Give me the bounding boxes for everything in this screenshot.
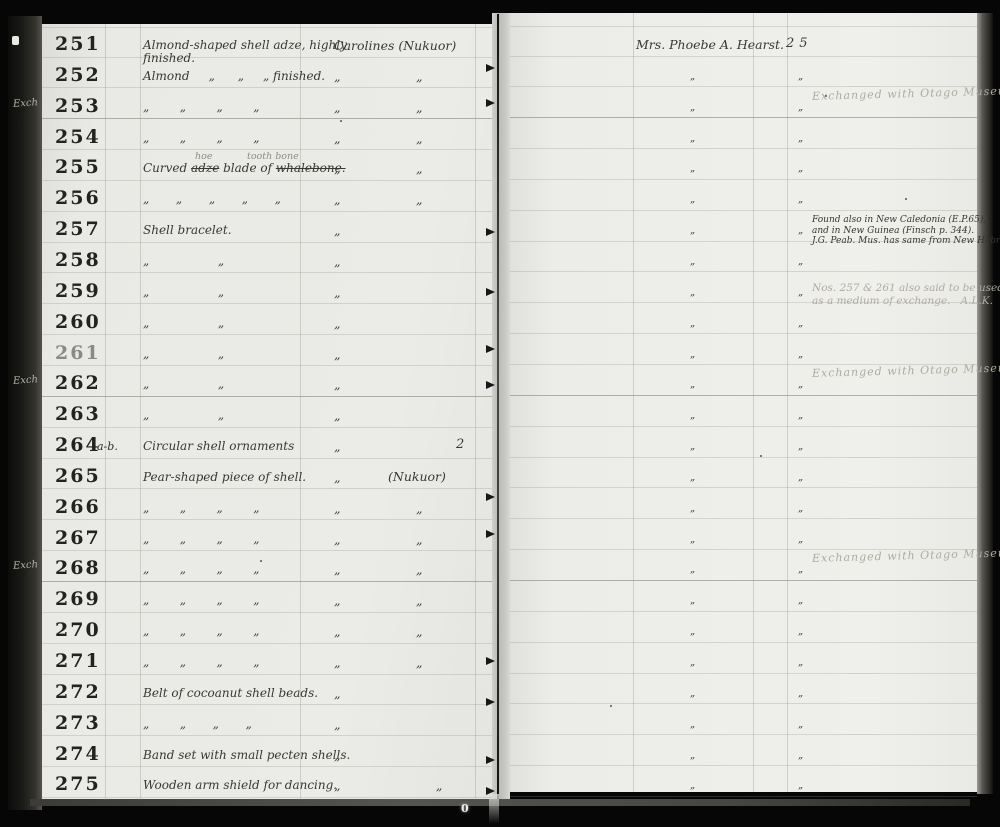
object-description: „ „: [143, 347, 224, 361]
stitch-arrow-mark: [486, 64, 495, 72]
ruled-line: [42, 674, 492, 675]
annotation-line: and in New Guinea (Finsch p. 344).: [812, 226, 1000, 237]
ruled-line: [510, 487, 977, 488]
donor-ditto: „: [690, 503, 695, 514]
ruled-line: [42, 87, 492, 88]
ledger-row: 255Curved adze blade of whalebone.hoetoo…: [0, 156, 1000, 178]
price-ditto: „: [798, 719, 803, 730]
donor-ditto: „: [690, 194, 695, 205]
object-description: „ „ „ „: [143, 593, 259, 607]
spine-glow: [489, 794, 499, 824]
price-ditto: „: [798, 102, 803, 113]
locality: „: [334, 686, 340, 701]
object-description: „ „ „ „: [143, 562, 259, 576]
annotation-line: J.G. Peab. Mus. has same from New Hebrid…: [812, 236, 1000, 247]
locality: „ „: [334, 562, 422, 577]
ledger-row: 263„ „„„„: [0, 403, 1000, 425]
object-number: 273: [55, 712, 101, 734]
donor-ditto: „: [690, 441, 695, 452]
locality: „: [334, 254, 340, 269]
price-ditto: „: [798, 349, 803, 360]
ruled-line: [510, 734, 977, 735]
ruled-line: [42, 458, 492, 459]
price-ditto: „: [798, 688, 803, 699]
price-ditto: „: [798, 750, 803, 761]
price-ditto: „: [798, 71, 803, 82]
ruled-line: [510, 580, 977, 581]
ruled-line: [42, 488, 492, 489]
locality-detail: (Nukuor): [388, 469, 446, 484]
locality: „ „: [334, 624, 422, 639]
locality: „ „: [334, 501, 422, 516]
ruled-line: [510, 271, 977, 272]
price-ditto: „: [798, 503, 803, 514]
object-description: „ „ „ „: [143, 717, 252, 731]
ledger-row: 260„ „„„„: [0, 311, 1000, 333]
donor-ditto: „: [690, 287, 695, 298]
ledger-row: 261„ „„„„: [0, 342, 1000, 364]
ledger-row: 256„ „ „ „ „„ „„„: [0, 187, 1000, 209]
locality: „: [334, 377, 340, 392]
donor-ditto: „: [690, 657, 695, 668]
price-ditto: „: [798, 194, 803, 205]
price-ditto: „: [798, 472, 803, 483]
stitch-arrow-mark: [486, 493, 495, 501]
ruled-line: [510, 796, 977, 797]
price-ditto: „: [798, 534, 803, 545]
object-description: „ „ „ „ „: [143, 192, 281, 206]
description-segment: blade of: [219, 161, 276, 175]
price-ditto: „: [798, 626, 803, 637]
donor-ditto: „: [690, 349, 695, 360]
ruled-line: [42, 242, 492, 243]
ruled-line: [510, 26, 977, 27]
ledger-row: 272Belt of cocoanut shell beads.„„„: [0, 681, 1000, 703]
donor-ditto: „: [690, 256, 695, 267]
ruled-line: [510, 673, 977, 674]
object-number: 255: [55, 156, 101, 178]
price-ditto: „: [798, 379, 803, 390]
object-number: 258: [55, 249, 101, 271]
donor-ditto: „: [690, 163, 695, 174]
price-ditto: „: [798, 256, 803, 267]
donor-ditto: „: [690, 595, 695, 606]
object-number: 270: [55, 619, 101, 641]
stitch-arrow-mark: [486, 530, 495, 538]
object-description: Almond „ „ „ finished.: [143, 69, 325, 83]
paper-speck: [760, 455, 762, 457]
object-number: 268: [55, 557, 101, 579]
object-description: „ „: [143, 377, 224, 391]
ledger-row: 258„ „„„„: [0, 249, 1000, 271]
ruled-line: [42, 427, 492, 428]
ledger-row: 273„ „ „ „„„„: [0, 712, 1000, 734]
price-ditto: „: [798, 657, 803, 668]
ledger-row: 270„ „ „ „„ „„„: [0, 619, 1000, 641]
price-ditto: „: [798, 163, 803, 174]
object-number: 266: [55, 496, 101, 518]
object-number: 259: [55, 280, 101, 302]
ruled-line: [510, 426, 977, 427]
stitch-arrow-mark: [486, 756, 495, 764]
ledger-row: 254„ „ „ „„ „„„: [0, 126, 1000, 148]
ruled-line: [510, 703, 977, 704]
price-ditto: „: [798, 564, 803, 575]
ruled-line: [42, 550, 492, 551]
ruled-line: [42, 704, 492, 705]
object-description-line2: finished.: [143, 51, 195, 65]
paper-speck: [610, 705, 612, 707]
locality: „ „: [334, 192, 422, 207]
price-ditto: „: [798, 287, 803, 298]
paper-speck: [340, 120, 342, 122]
stitch-arrow-mark: [486, 288, 495, 296]
ledger-row: Exch262„ „„„„Exchanged with Otago Museum: [0, 372, 1000, 394]
price-ditto: „: [798, 133, 803, 144]
price-value: 25: [786, 36, 813, 51]
ledger-row: 252Almond „ „ „ finished.„ „„„: [0, 64, 1000, 86]
object-description: „ „ „ „: [143, 501, 259, 515]
donor-ditto: „: [690, 133, 695, 144]
object-number: 267: [55, 527, 101, 549]
object-number: 274: [55, 743, 101, 765]
object-description: „ „: [143, 316, 224, 330]
ruled-line: [42, 303, 492, 304]
ledger-scan: 251Almond-shaped shell adze, highlyfinis…: [0, 0, 1000, 827]
ruled-line: [510, 333, 977, 334]
price-ditto: „: [798, 410, 803, 421]
price-ditto: „: [798, 225, 803, 236]
object-description: Belt of cocoanut shell beads.: [143, 686, 318, 700]
object-description: Circular shell ornaments: [143, 439, 294, 453]
locality: „ „: [334, 100, 422, 115]
stitch-arrow-mark: [486, 345, 495, 353]
annotation-line: Found also in New Caledonia (E.P.65),: [812, 215, 1000, 226]
object-number: 265: [55, 465, 101, 487]
description-segment: adze: [191, 161, 219, 175]
ruled-line: [510, 765, 977, 766]
ruled-line: [42, 396, 492, 397]
donor-ditto: „: [690, 688, 695, 699]
ledger-row: 266„ „ „ „„ „„„: [0, 496, 1000, 518]
object-description: „ „ „ „: [143, 624, 259, 638]
object-description: „ „ „ „: [143, 655, 259, 669]
object-number: 269: [55, 588, 101, 610]
donor-ditto: „: [690, 379, 695, 390]
ruled-line: [42, 612, 492, 613]
ruled-line: [42, 334, 492, 335]
price-ditto: „: [798, 441, 803, 452]
ruled-line: [42, 735, 492, 736]
donor-ditto: „: [690, 71, 695, 82]
object-description: „ „ „ „: [143, 532, 259, 546]
locality: „: [334, 316, 340, 331]
ledger-row: 274Band set with small pecten shells.„„„: [0, 743, 1000, 765]
ruled-line: [42, 797, 492, 798]
locality: „: [334, 223, 340, 238]
stitch-arrow-mark: [486, 787, 495, 795]
ruled-line: [42, 519, 492, 520]
ledger-row: 271„ „ „ „„ „„„: [0, 650, 1000, 672]
book-bottom-edge: [30, 799, 970, 806]
ledger-row: 269„ „ „ „„ „„„: [0, 588, 1000, 610]
ruled-line: [510, 117, 977, 118]
ruled-line: [42, 149, 492, 150]
object-number: 254: [55, 126, 101, 148]
object-number: 264: [55, 434, 101, 456]
donor-ditto: „: [690, 318, 695, 329]
donor-ditto: „: [690, 102, 695, 113]
ruled-line: [42, 118, 492, 119]
object-number: 252: [55, 64, 101, 86]
locality: „ „: [334, 161, 422, 176]
object-number: 271: [55, 650, 101, 672]
object-description: „ „ „ „: [143, 131, 259, 145]
annotation-line: as a medium of exchange. A.L.K.: [812, 295, 1000, 308]
stitch-arrow-mark: [486, 381, 495, 389]
donor-ditto: „: [690, 472, 695, 483]
object-description: „ „: [143, 285, 224, 299]
object-number: 257: [55, 218, 101, 240]
locality: „ „: [334, 131, 422, 146]
locality: Carolines (Nukuor): [334, 38, 456, 53]
locality: „: [334, 285, 340, 300]
object-description: „ „: [143, 408, 224, 422]
ruled-line: [510, 56, 977, 57]
ruled-line: [510, 611, 977, 612]
annotation-line: Nos. 257 & 261 also said to be used: [812, 282, 1000, 295]
price-ditto: „: [798, 780, 803, 791]
locality: „: [334, 439, 340, 454]
donor-ditto: „: [690, 225, 695, 236]
price-ditto: „: [798, 318, 803, 329]
footer-page-mark: 0: [461, 802, 469, 815]
stitch-arrow-mark: [486, 228, 495, 236]
ruled-line: [42, 365, 492, 366]
locality: „ „: [334, 532, 422, 547]
annotation-note: Found also in New Caledonia (E.P.65),and…: [812, 215, 1000, 247]
locality: „: [334, 717, 340, 732]
object-description: „ „: [143, 254, 224, 268]
paper-speck: [825, 95, 827, 97]
object-number: 251: [55, 33, 101, 55]
ruled-line: [510, 395, 977, 396]
margin-exchange-note: Exch: [13, 374, 39, 387]
stitch-arrow-mark: [486, 99, 495, 107]
ledger-row: 265Pear-shaped piece of shell.„(Nukuor)„…: [0, 465, 1000, 487]
description-segment: Curved: [143, 161, 191, 175]
donor-ditto: „: [690, 410, 695, 421]
object-description: Band set with small pecten shells.: [143, 748, 350, 762]
ruled-line: [510, 210, 977, 211]
ruled-line: [510, 148, 977, 149]
ruled-line: [42, 180, 492, 181]
object-number: 272: [55, 681, 101, 703]
object-description: Curved adze blade of whalebone.: [143, 161, 346, 175]
ruled-line: [42, 272, 492, 273]
ledger-row: 257Shell bracelet.„„„Found also in New C…: [0, 218, 1000, 240]
donor-ditto: „: [690, 534, 695, 545]
object-description: Wooden arm shield for dancing.: [143, 778, 337, 792]
ledger-row: 259„ „„„„Nos. 257 & 261 also said to be …: [0, 280, 1000, 302]
object-description: Shell bracelet.: [143, 223, 232, 237]
locality: „: [334, 748, 340, 763]
ruled-line: [42, 766, 492, 767]
locality: „: [334, 470, 340, 485]
ledger-row: Exch253„ „ „ „„ „„„Exchanged with Otago …: [0, 95, 1000, 117]
locality: „ „: [334, 69, 422, 84]
object-number: 253: [55, 95, 101, 117]
object-description: Almond-shaped shell adze, highly: [143, 38, 347, 52]
ruled-line: [42, 57, 492, 58]
margin-exchange-note: Exch: [13, 97, 39, 110]
ledger-row: 267„ „ „ „„ „„„: [0, 527, 1000, 549]
ruled-line: [510, 457, 977, 458]
pencil-correction: hoe: [195, 151, 212, 162]
object-number: 260: [55, 311, 101, 333]
annotation-note: Nos. 257 & 261 also said to be usedas a …: [812, 282, 1000, 308]
ledger-row: 264a-b.Circular shell ornaments„2„„: [0, 434, 1000, 456]
donor-ditto: „: [690, 750, 695, 761]
object-number: 263: [55, 403, 101, 425]
margin-exchange-note: Exch: [13, 559, 39, 572]
donor-ditto: „: [690, 719, 695, 730]
donor-ditto: „: [690, 564, 695, 575]
object-description: „ „ „ „: [143, 100, 259, 114]
stitch-arrow-mark: [486, 698, 495, 706]
ruled-line: [42, 643, 492, 644]
locality: „ „: [334, 593, 422, 608]
stitch-arrow-mark: [486, 657, 495, 665]
ledger-row: 275Wooden arm shield for dancing.„ „„„: [0, 773, 1000, 795]
locality: „: [334, 347, 340, 362]
ruled-line: [42, 581, 492, 582]
donor-ditto: „: [690, 626, 695, 637]
paper-speck: [905, 198, 907, 200]
object-number: 262: [55, 372, 101, 394]
locality: „: [334, 408, 340, 423]
object-description: Pear-shaped piece of shell.: [143, 470, 306, 484]
ruled-line: [42, 27, 492, 28]
ledger-row: Exch268„ „ „ „„ „„„Exchanged with Otago …: [0, 557, 1000, 579]
paper-speck: [260, 560, 262, 562]
object-number: 256: [55, 187, 101, 209]
object-number: 261: [55, 342, 101, 364]
ruled-line: [42, 211, 492, 212]
pencil-correction: tooth bone: [247, 151, 299, 162]
price-ditto: „: [798, 595, 803, 606]
object-number: 275: [55, 773, 101, 795]
locality: „ „: [334, 778, 442, 793]
ruled-line: [510, 179, 977, 180]
ruled-line: [510, 642, 977, 643]
donor-ditto: „: [690, 780, 695, 791]
count-value: 2: [456, 437, 464, 452]
ruled-line: [510, 518, 977, 519]
donor-name: Mrs. Phoebe A. Hearst.: [636, 37, 784, 52]
locality: „ „: [334, 655, 422, 670]
object-number-suffix: a-b.: [97, 440, 118, 453]
ledger-row: 251Almond-shaped shell adze, highlyfinis…: [0, 33, 1000, 55]
